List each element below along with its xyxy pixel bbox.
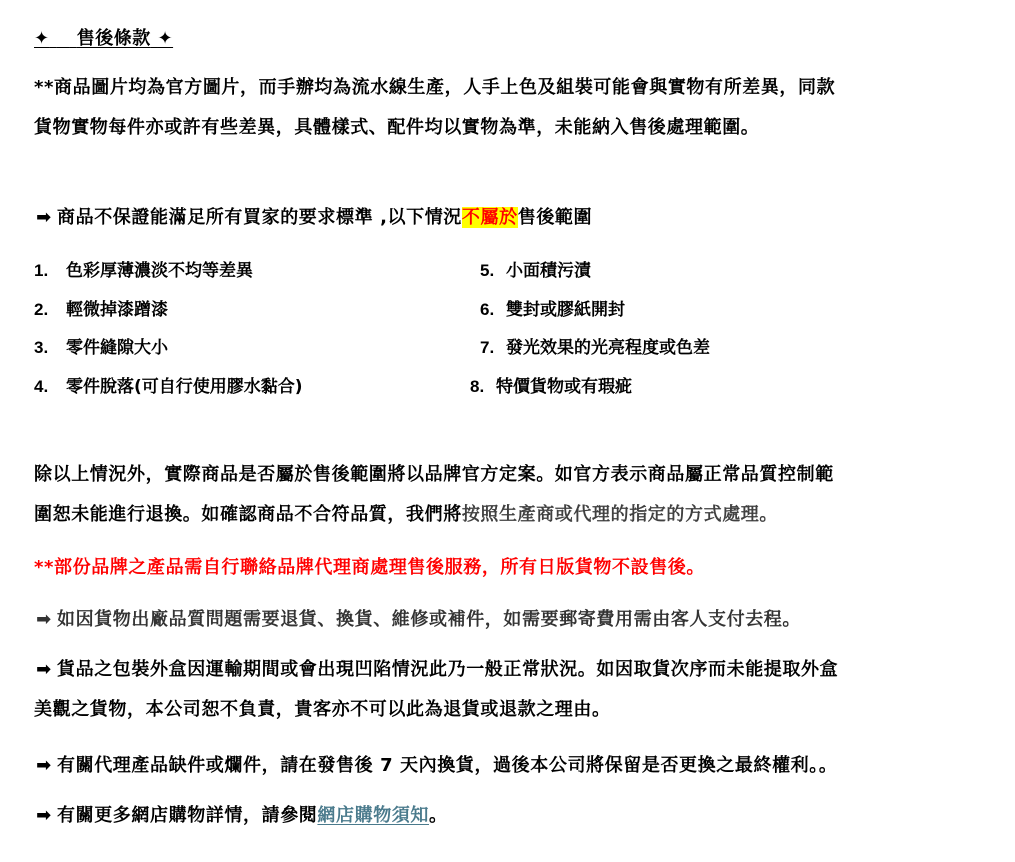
exception-paragraph: 除以上情況外，實際商品是否屬於售後範圍將以品牌官方定案。如官方表示商品屬正常品質… (34, 455, 834, 535)
not-covered-highlight: 不屬於 (462, 207, 518, 228)
list-item-text: 特價貨物或有瑕疵 (496, 377, 632, 397)
list-item-number: 8. (470, 368, 496, 407)
list-item-text: 輕微掉漆蹭漆 (66, 300, 168, 320)
page-title: ✦ 售後條款 ✦ (34, 24, 173, 50)
not-covered-heading: ➡商品不保證能滿足所有買家的要求標準 ,以下情況不屬於售後範圍 (34, 198, 592, 238)
list-item-text: 零件脫落(可自行使用膠水黏合) (66, 377, 303, 397)
star-icon: ✦ (34, 28, 50, 49)
star-icon: ✦ (157, 28, 173, 49)
list-item: 5.小面積污漬 (480, 252, 710, 291)
page-title-text: 售後條款 (77, 28, 151, 49)
list-item: 6.雙封或膠紙開封 (480, 291, 710, 330)
list-item-text: 小面積污漬 (506, 261, 591, 281)
intro-line-1: **商品圖片均為官方圖片，而手辦均為流水線生產，人手上色及組裝可能會與實物有所差… (34, 68, 835, 108)
list-item-number: 4. (34, 368, 66, 407)
package-paragraph: ➡貨品之包裝外盒因運輸期間或會出現凹陷情況此乃一般正常狀況。如因取貨次序而未能提… (34, 650, 838, 730)
list-item: 8.特價貨物或有瑕疵 (470, 368, 710, 407)
list-item-number: 2. (34, 291, 66, 330)
package-line-2: 美觀之貨物，本公司恕不負責，貴客亦不可以此為退貨或退款之理由。 (34, 690, 838, 730)
list-item-text: 雙封或膠紙開封 (506, 300, 625, 320)
list-item-number: 6. (480, 291, 506, 330)
list-item: 2.輕微掉漆蹭漆 (34, 291, 303, 330)
exclusion-list-right: 5.小面積污漬 6.雙封或膠紙開封 7.發光效果的光亮程度或色差 8.特價貨物或… (480, 252, 710, 406)
list-item: 7.發光效果的光亮程度或色差 (480, 329, 710, 368)
list-item-number: 7. (480, 329, 506, 368)
not-covered-suffix: 售後範圍 (518, 207, 592, 228)
arrow-right-icon: ➡ (34, 796, 54, 836)
list-item-number: 3. (34, 329, 66, 368)
package-line-1: 貨品之包裝外盒因運輸期間或會出現凹陷情況此乃一般正常狀況。如因取貨次序而未能提取… (57, 659, 838, 680)
more-info-paragraph: ➡有關更多網店購物詳情，請參閱網店購物須知。 (34, 796, 448, 836)
more-info-prefix: 有關更多網店購物詳情，請參閱 (57, 805, 317, 826)
arrow-right-icon: ➡ (34, 650, 54, 690)
list-item-number: 1. (34, 252, 66, 291)
not-covered-prefix: 商品不保證能滿足所有買家的要求標準 ,以下情況 (57, 207, 462, 228)
defect-text: 如因貨物出廠品質問題需要退貨、換貨、維修或補件，如需要郵寄費用需由客人支付去程。 (57, 609, 801, 630)
arrow-right-icon: ➡ (34, 600, 54, 640)
exclusion-list-left: 1.色彩厚薄濃淡不均等差異 2.輕微掉漆蹭漆 3.零件縫隙大小 4.零件脫落(可… (34, 252, 303, 406)
defect-paragraph: ➡如因貨物出廠品質問題需要退貨、換貨、維修或補件，如需要郵寄費用需由客人支付去程… (34, 600, 801, 640)
shopping-guide-link[interactable]: 網店購物須知 (317, 805, 429, 826)
exception-line-2: 圍恕未能進行退換。如確認商品不合符品質，我們將按照生產商或代理的指定的方式處理。 (34, 495, 834, 535)
intro-line-2: 貨物實物每件亦或許有些差異，具體樣式、配件均以實物為準，未能納入售後處理範圍。 (34, 108, 835, 148)
list-item: 4.零件脫落(可自行使用膠水黏合) (34, 368, 303, 407)
arrow-right-icon: ➡ (34, 746, 54, 786)
more-info-suffix: 。 (429, 805, 448, 826)
list-item-text: 發光效果的光亮程度或色差 (506, 338, 710, 358)
list-item: 3.零件縫隙大小 (34, 329, 303, 368)
intro-paragraph: **商品圖片均為官方圖片，而手辦均為流水線生產，人手上色及組裝可能會與實物有所差… (34, 68, 835, 148)
exception-line-1: 除以上情況外，實際商品是否屬於售後範圍將以品牌官方定案。如官方表示商品屬正常品質… (34, 455, 834, 495)
list-item: 1.色彩厚薄濃淡不均等差異 (34, 252, 303, 291)
list-item-text: 色彩厚薄濃淡不均等差異 (66, 261, 253, 281)
red-notice: **部份品牌之產品需自行聯絡品牌代理商處理售後服務，所有日版貨物不設售後。 (34, 548, 705, 588)
parts-paragraph: ➡有關代理產品缺件或爛件，請在發售後 7 天內換貨，過後本公司將保留是否更換之最… (34, 746, 837, 786)
arrow-right-icon: ➡ (34, 198, 54, 238)
list-item-text: 零件縫隙大小 (66, 338, 168, 358)
parts-text: 有關代理產品缺件或爛件，請在發售後 7 天內換貨，過後本公司將保留是否更換之最終… (57, 755, 837, 776)
list-item-number: 5. (480, 252, 506, 291)
